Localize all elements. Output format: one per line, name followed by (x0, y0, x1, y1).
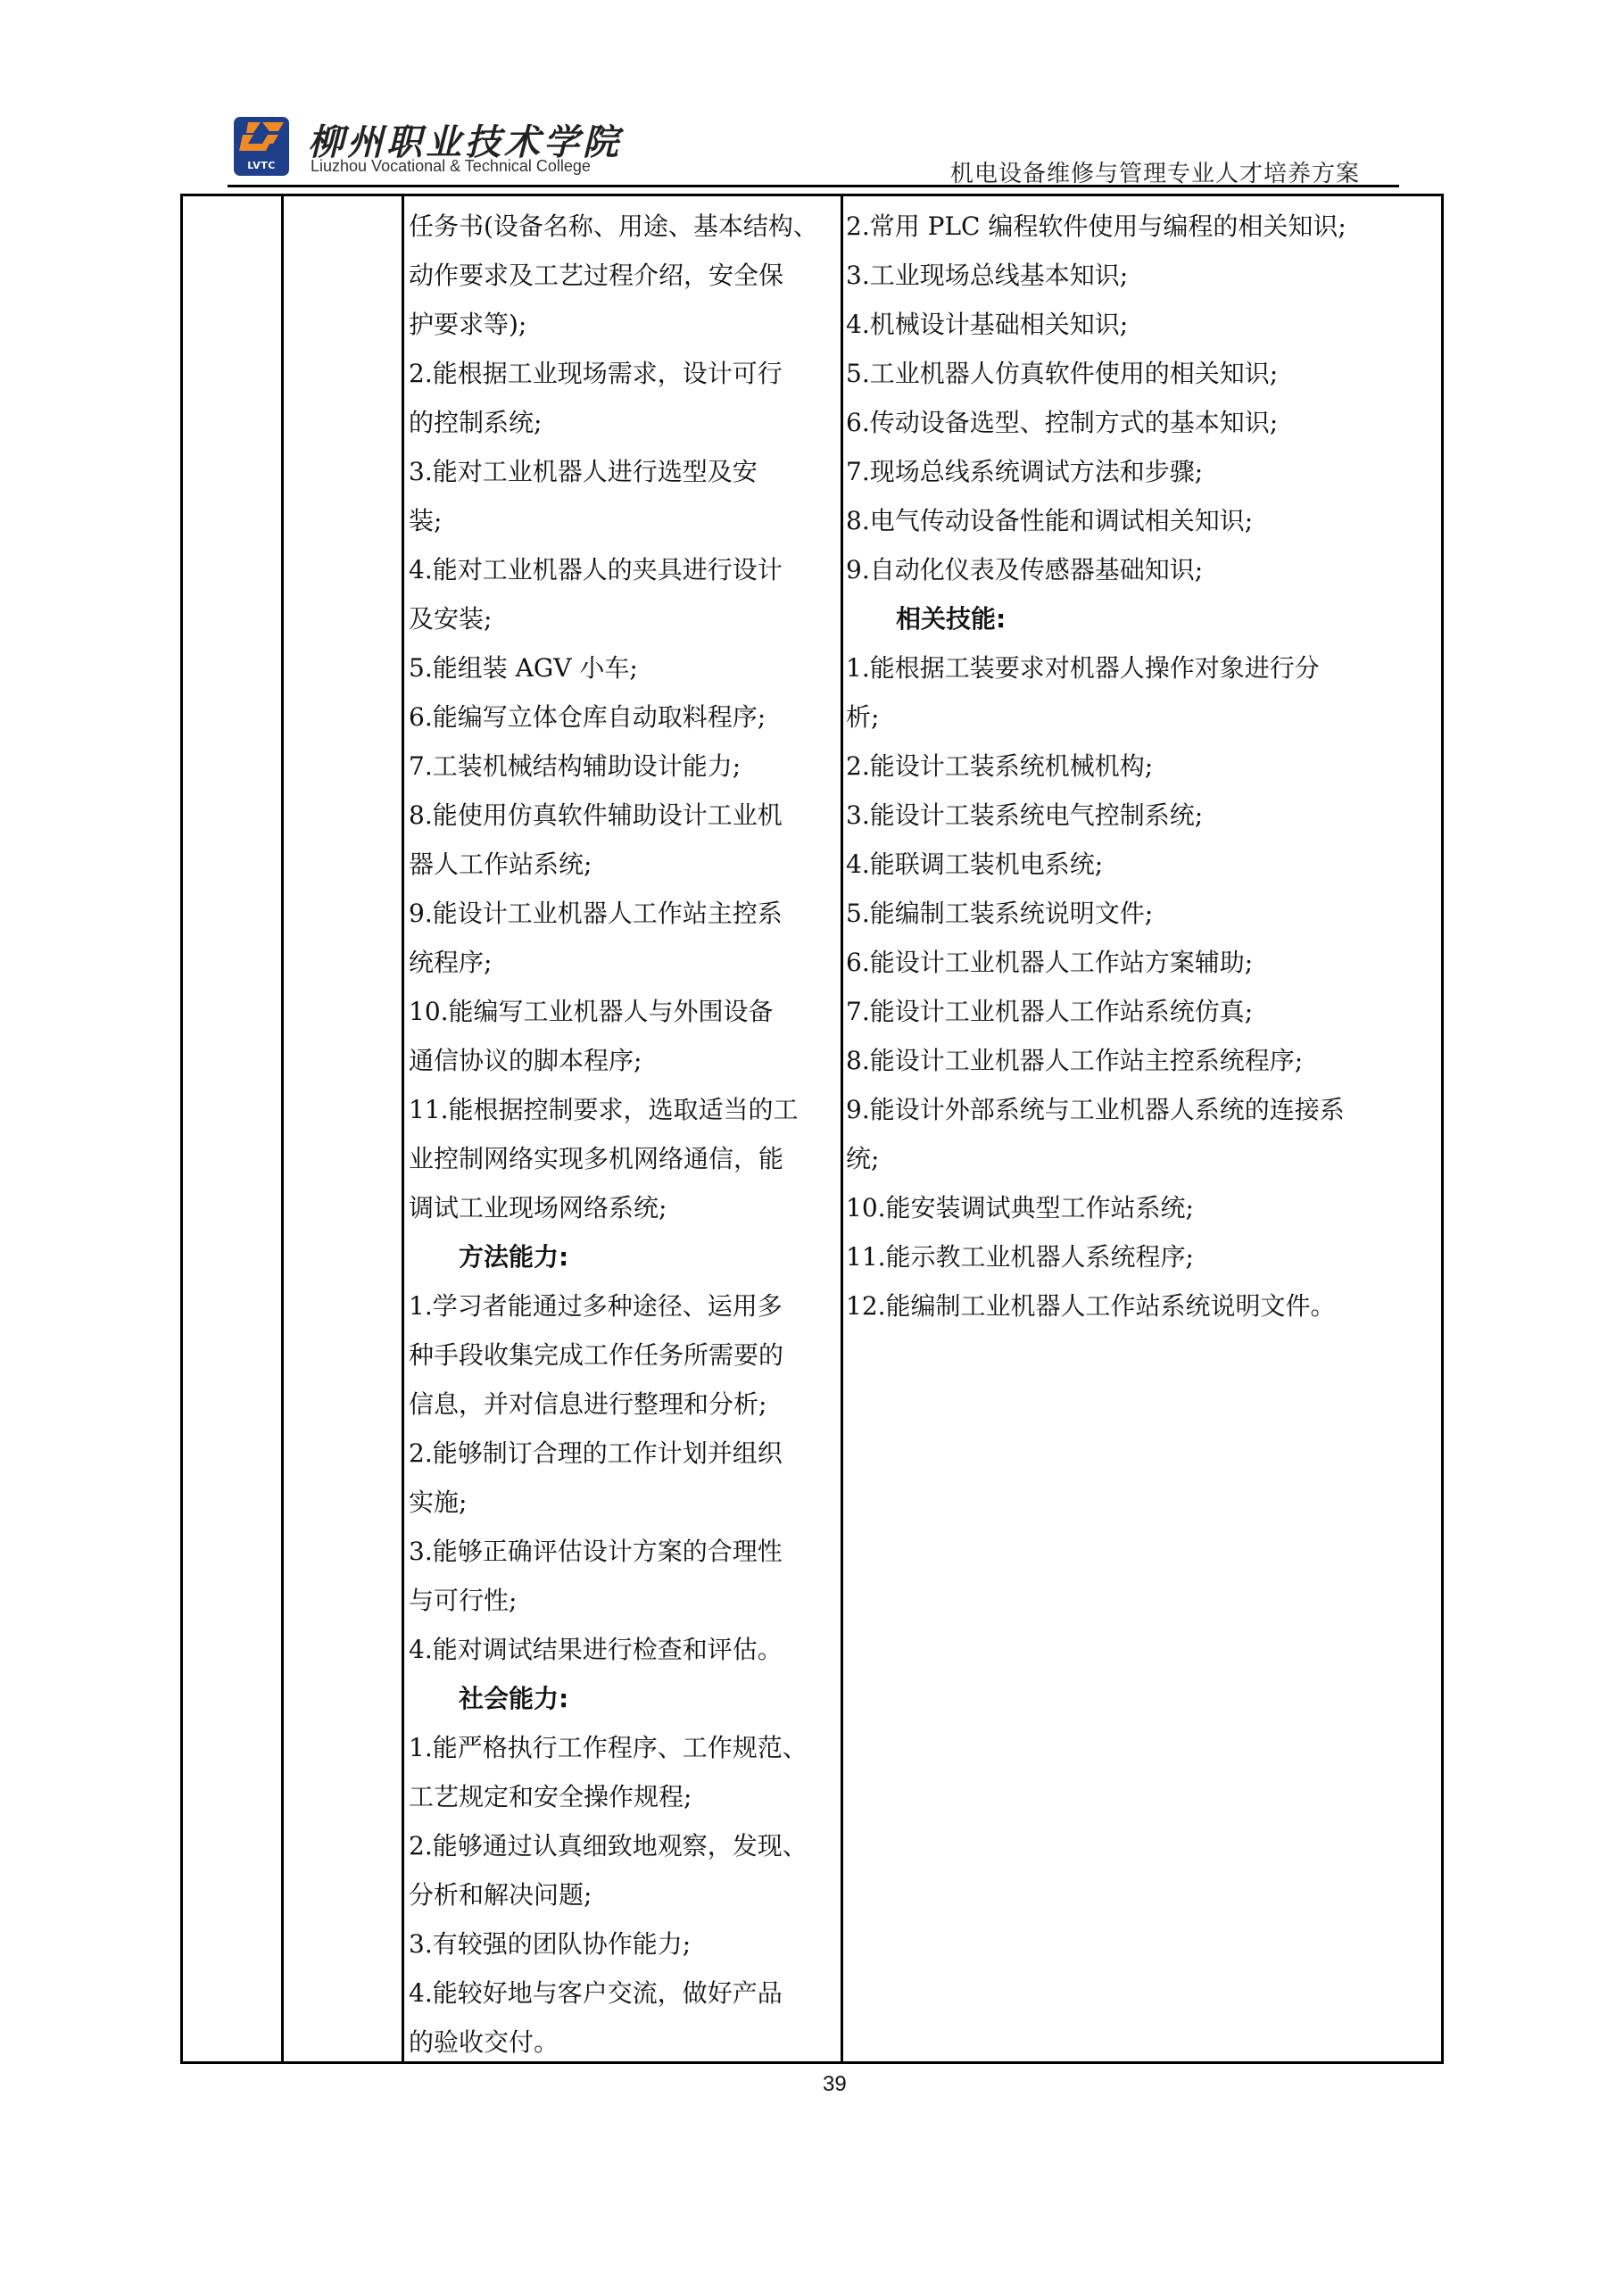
list-line: 8.电气传动设备性能和调试相关知识; (846, 496, 1440, 545)
list-line: 1.学习者能通过多种途径、运用多 (409, 1281, 841, 1330)
column-divider-1 (281, 194, 284, 2064)
list-line: 统; (846, 1134, 1440, 1183)
list-line: 分析和解决问题; (409, 1870, 841, 1919)
page-number: 39 (823, 2072, 847, 2097)
list-line: 5.能组装 AGV 小车; (409, 643, 841, 692)
section-heading: 方法能力: (409, 1232, 841, 1281)
list-line: 2.能够制订合理的工作计划并组织 (409, 1429, 841, 1478)
list-line: 11.能示教工业机器人系统程序; (846, 1232, 1440, 1281)
list-line: 10.能编写工业机器人与外围设备 (409, 987, 841, 1036)
list-line: 12.能编制工业机器人工作站系统说明文件。 (846, 1281, 1440, 1330)
list-line: 9.能设计外部系统与工业机器人系统的连接系 (846, 1085, 1440, 1134)
list-line: 统程序; (409, 938, 841, 987)
list-line: 7.现场总线系统调试方法和步骤; (846, 447, 1440, 496)
list-line: 4.能较好地与客户交流，做好产品 (409, 1969, 841, 2018)
list-line: 实施; (409, 1478, 841, 1527)
list-line: 与可行性; (409, 1576, 841, 1625)
list-line: 业控制网络实现多机网络通信，能 (409, 1134, 841, 1183)
list-line: 8.能设计工业机器人工作站主控系统程序; (846, 1036, 1440, 1085)
header-divider (228, 185, 1399, 187)
list-line: 5.能编制工装系统说明文件; (846, 889, 1440, 938)
list-line: 任务书(设备名称、用途、基本结构、 (409, 202, 841, 251)
list-line: 器人工作站系统; (409, 840, 841, 889)
list-line: 6.能编写立体仓库自动取料程序; (409, 692, 841, 742)
list-line: 4.能对工业机器人的夹具进行设计 (409, 545, 841, 594)
list-line: 护要求等); (409, 300, 841, 349)
list-line: 9.自动化仪表及传感器基础知识; (846, 545, 1440, 594)
list-line: 种手段收集完成工作任务所需要的 (409, 1330, 841, 1380)
logo-emblem-icon (234, 117, 289, 160)
column-divider-2 (402, 194, 404, 2064)
list-line: 7.能设计工业机器人工作站系统仿真; (846, 987, 1440, 1036)
section-heading: 社会能力: (409, 1674, 841, 1723)
list-line: 1.能根据工装要求对机器人操作对象进行分 (846, 643, 1440, 692)
list-line: 10.能安装调试典型工作站系统; (846, 1183, 1440, 1232)
list-line: 2.常用 PLC 编程软件使用与编程的相关知识; (846, 202, 1440, 251)
college-logo: LVTC (234, 117, 289, 176)
list-line: 3.能对工业机器人进行选型及安 (409, 447, 841, 496)
list-line: 装; (409, 496, 841, 545)
list-line: 的验收交付。 (409, 2018, 841, 2067)
list-line: 4.能联调工装机电系统; (846, 840, 1440, 889)
list-line: 6.传动设备选型、控制方式的基本知识; (846, 398, 1440, 447)
list-line: 11.能根据控制要求，选取适当的工 (409, 1085, 841, 1134)
college-name-en: Liuzhou Vocational & Technical College (311, 157, 591, 176)
list-line: 4.能对调试结果进行检查和评估。 (409, 1625, 841, 1674)
list-line: 3.有较强的团队协作能力; (409, 1919, 841, 1969)
section-heading: 相关技能: (846, 594, 1440, 643)
list-line: 动作要求及工艺过程介绍，安全保 (409, 251, 841, 300)
list-line: 7.工装机械结构辅助设计能力; (409, 742, 841, 791)
ability-requirements-cell: 任务书(设备名称、用途、基本结构、动作要求及工艺过程介绍，安全保护要求等);2.… (409, 202, 841, 2067)
list-line: 2.能够通过认真细致地观察，发现、 (409, 1821, 841, 1870)
list-line: 4.机械设计基础相关知识; (846, 300, 1440, 349)
column-divider-3 (841, 194, 843, 2064)
list-line: 9.能设计工业机器人工作站主控系 (409, 889, 841, 938)
logo-text: LVTC (234, 160, 289, 171)
list-line: 2.能设计工装系统机械机构; (846, 742, 1440, 791)
knowledge-skills-cell: 2.常用 PLC 编程软件使用与编程的相关知识;3.工业现场总线基本知识;4.机… (846, 202, 1440, 1330)
list-line: 3.工业现场总线基本知识; (846, 251, 1440, 300)
document-title: 机电设备维修与管理专业人才培养方案 (950, 155, 1360, 188)
list-line: 信息，并对信息进行整理和分析; (409, 1380, 841, 1429)
list-line: 通信协议的脚本程序; (409, 1036, 841, 1085)
list-line: 3.能设计工装系统电气控制系统; (846, 791, 1440, 840)
list-line: 析; (846, 692, 1440, 742)
list-line: 2.能根据工业现场需求，设计可行 (409, 349, 841, 398)
list-line: 工艺规定和安全操作规程; (409, 1772, 841, 1821)
list-line: 1.能严格执行工作程序、工作规范、 (409, 1723, 841, 1772)
list-line: 6.能设计工业机器人工作站方案辅助; (846, 938, 1440, 987)
list-line: 的控制系统; (409, 398, 841, 447)
list-line: 5.工业机器人仿真软件使用的相关知识; (846, 349, 1440, 398)
list-line: 调试工业现场网络系统; (409, 1183, 841, 1232)
list-line: 及安装; (409, 594, 841, 643)
list-line: 3.能够正确评估设计方案的合理性 (409, 1527, 841, 1576)
list-line: 8.能使用仿真软件辅助设计工业机 (409, 791, 841, 840)
